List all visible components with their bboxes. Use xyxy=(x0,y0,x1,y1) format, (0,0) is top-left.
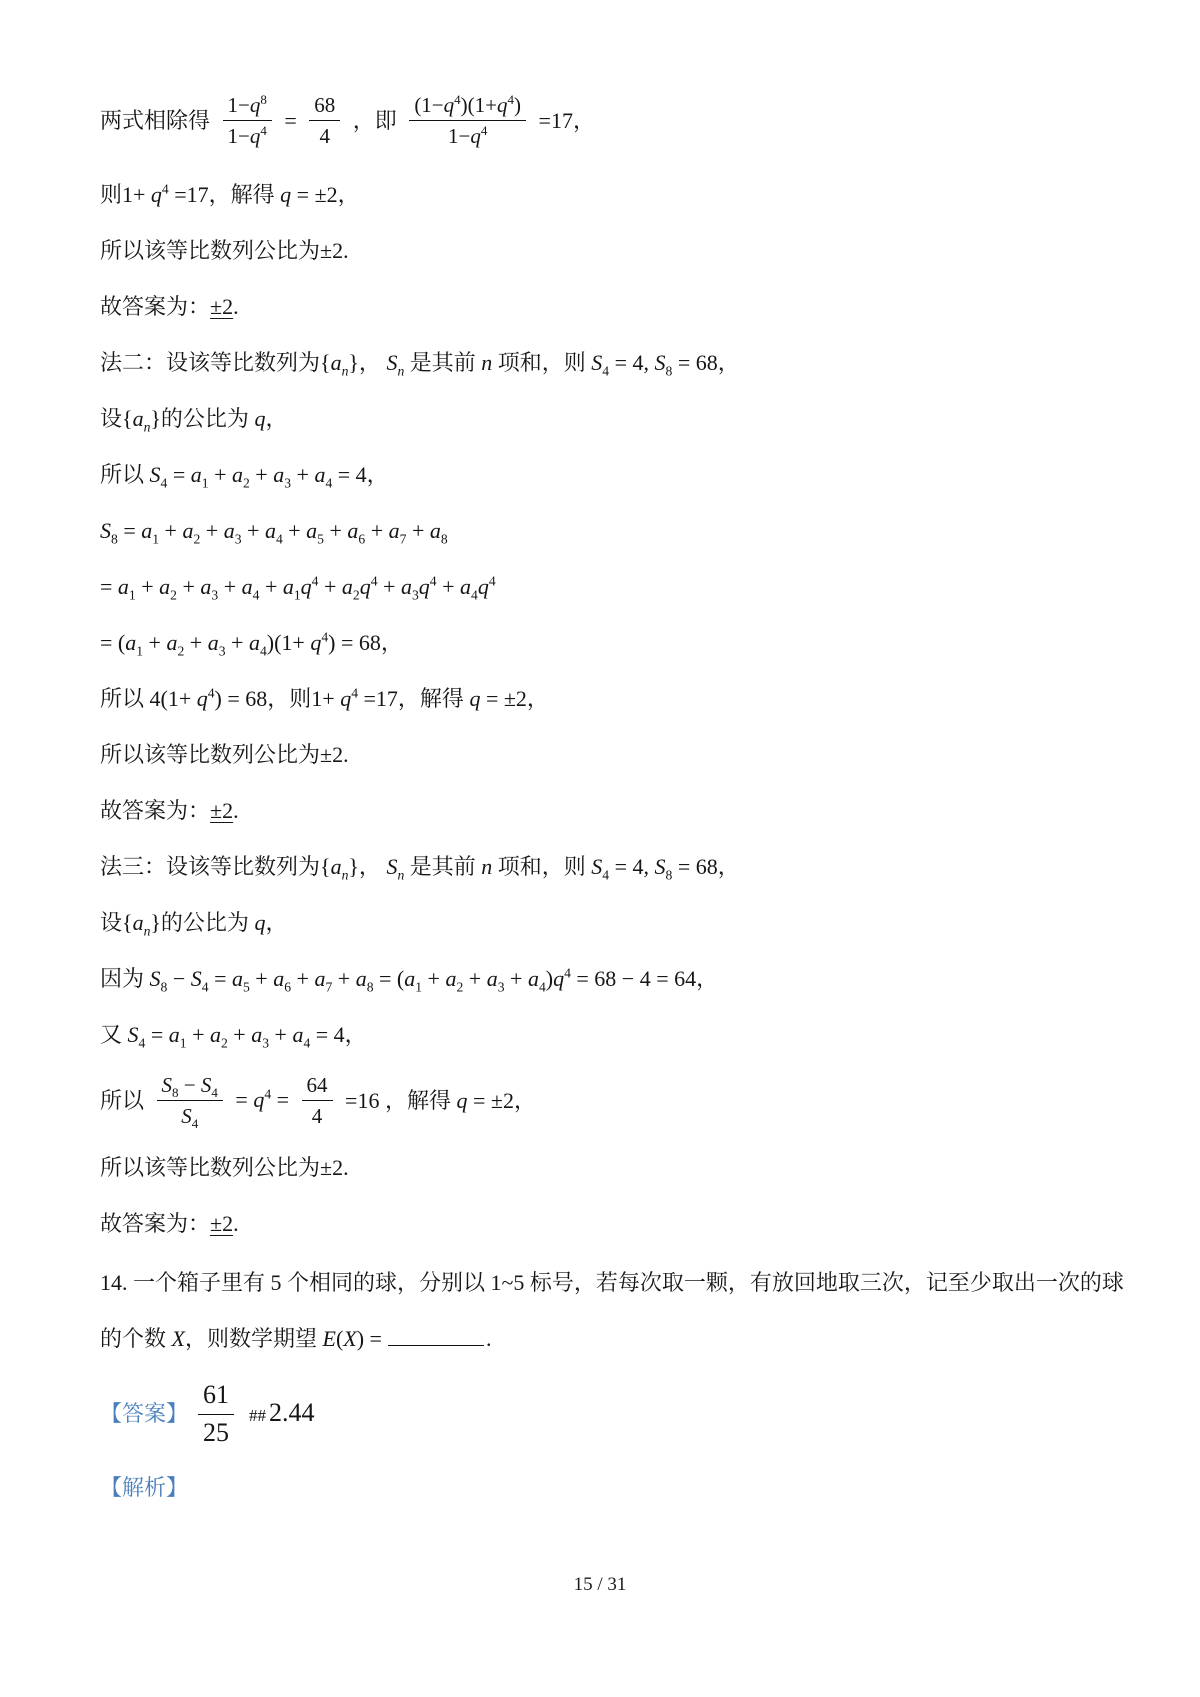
fraction: S8 − S4S4 xyxy=(157,1072,223,1130)
question-14-line-1: 14. 一个箱子里有 5 个相同的球，分别以 1~5 标号，若每次取一颗，有放回… xyxy=(100,1266,1120,1300)
page-number: 15 / 31 xyxy=(0,1574,1200,1596)
solution-line-difference: 因为 S8 − S4 = a5 + a6 + a7 + a8 = (a1 + a… xyxy=(100,962,1120,996)
period: . xyxy=(486,1326,492,1351)
solution-line-conclusion: 所以该等比数列公比为±2. xyxy=(100,738,1120,772)
solution-line-conclusion: 所以该等比数列公比为±2. xyxy=(100,1151,1120,1185)
fraction-numerator: 64 xyxy=(302,1072,333,1101)
answer-separator: ## xyxy=(249,1406,266,1425)
solution-line-ratio-q: 设{an}的公比为 q， xyxy=(100,906,1120,940)
solution-line-solve-q: 则1+ q4 =17，解得 q = ±2， xyxy=(100,178,1120,212)
answer-blank-underline xyxy=(388,1324,484,1346)
answer-underlined: ±2 xyxy=(210,1211,233,1236)
final-answer-line: 故答案为：±2. xyxy=(100,1207,1120,1241)
period: . xyxy=(233,1211,239,1236)
document-page: 两式相除得 1−q81−q4 = 684 ，即 (1−q4)(1+q4)1−q4… xyxy=(0,0,1200,1697)
math-segment: =16 xyxy=(345,1087,379,1112)
math-segment: = q4 = xyxy=(235,1087,289,1112)
fraction: 684 xyxy=(309,92,340,150)
solution-line-divide: 两式相除得 1−q81−q4 = 684 ，即 (1−q4)(1+q4)1−q4… xyxy=(100,94,1120,152)
analysis-row: 【解析】 xyxy=(100,1471,1120,1505)
period: . xyxy=(233,294,239,319)
final-answer-line: 故答案为：±2. xyxy=(100,290,1120,324)
fraction-denominator: 4 xyxy=(309,121,340,149)
fraction-numerator: S8 − S4 xyxy=(157,1072,223,1101)
text-segment: ，即 xyxy=(353,108,397,133)
method-2-heading-line: 法二：设该等比数列为{an}， Sn 是其前 n 项和，则 S4 = 4, S8… xyxy=(100,346,1120,380)
answer-prefix: 故答案为： xyxy=(100,798,210,823)
fraction-denominator: 4 xyxy=(302,1101,333,1129)
answer-label: 【答案】 xyxy=(100,1401,188,1426)
fraction-numerator: (1−q4)(1+q4) xyxy=(409,92,526,121)
question-14-line-2: 的个数 X，则数学期望 E(X) =. xyxy=(100,1322,1120,1356)
fraction-denominator: S4 xyxy=(157,1101,223,1129)
fraction: 1−q81−q4 xyxy=(223,92,272,150)
answer-underlined: ±2 xyxy=(210,294,233,319)
solution-line-factor: = (a1 + a2 + a3 + a4)(1+ q4) = 68， xyxy=(100,626,1120,660)
fraction-numerator: 68 xyxy=(309,92,340,121)
solution-line-solve: 所以 4(1+ q4) = 68，则1+ q4 =17，解得 q = ±2， xyxy=(100,682,1120,716)
fraction-denominator: 1−q4 xyxy=(223,121,272,149)
solution-line-quotient: 所以 S8 − S4S4 = q4 = 644 =16 ，解得 q = ±2， xyxy=(100,1074,1120,1132)
content: 两式相除得 1−q81−q4 = 684 ，即 (1−q4)(1+q4)1−q4… xyxy=(0,0,1200,1505)
math-segment: 的个数 X，则数学期望 E(X) = xyxy=(100,1326,382,1351)
analysis-label: 【解析】 xyxy=(100,1475,188,1500)
solution-line-s8: S8 = a1 + a2 + a3 + a4 + a5 + a6 + a7 + … xyxy=(100,514,1120,548)
method-3-heading-line: 法三：设该等比数列为{an}， Sn 是其前 n 项和，则 S4 = 4, S8… xyxy=(100,850,1120,884)
fraction-denominator: 1−q4 xyxy=(409,121,526,149)
answer-prefix: 故答案为： xyxy=(100,294,210,319)
fraction-numerator: 61 xyxy=(198,1379,234,1415)
solution-line-s4: 所以 S4 = a1 + a2 + a3 + a4 = 4， xyxy=(100,458,1120,492)
answer-prefix: 故答案为： xyxy=(100,1211,210,1236)
equals-sign: = xyxy=(284,108,296,133)
answer-fraction: 6125 xyxy=(198,1379,234,1449)
solution-line-conclusion: 所以该等比数列公比为±2. xyxy=(100,234,1120,268)
fraction-numerator: 1−q8 xyxy=(223,92,272,121)
fraction-denominator: 25 xyxy=(198,1415,234,1450)
math-segment: =17， xyxy=(539,108,595,133)
solution-line-expand: = a1 + a2 + a3 + a4 + a1q4 + a2q4 + a3q4… xyxy=(100,570,1120,604)
fraction: 644 xyxy=(302,1072,333,1130)
solution-line-ratio-q: 设{an}的公比为 q， xyxy=(100,402,1120,436)
answer-underlined: ±2 xyxy=(210,798,233,823)
text-segment: 所以 xyxy=(100,1087,144,1112)
math-segment: ，解得 q = ±2， xyxy=(385,1087,536,1112)
period: . xyxy=(233,798,239,823)
solution-line-s4-again: 又 S4 = a1 + a2 + a3 + a4 = 4， xyxy=(100,1018,1120,1052)
answer-row: 【答案】6125##2.44 xyxy=(100,1381,1120,1451)
final-answer-line: 故答案为：±2. xyxy=(100,794,1120,828)
answer-decimal-value: 2.44 xyxy=(269,1398,315,1427)
text-segment: 两式相除得 xyxy=(100,108,210,133)
fraction: (1−q4)(1+q4)1−q4 xyxy=(409,92,526,150)
